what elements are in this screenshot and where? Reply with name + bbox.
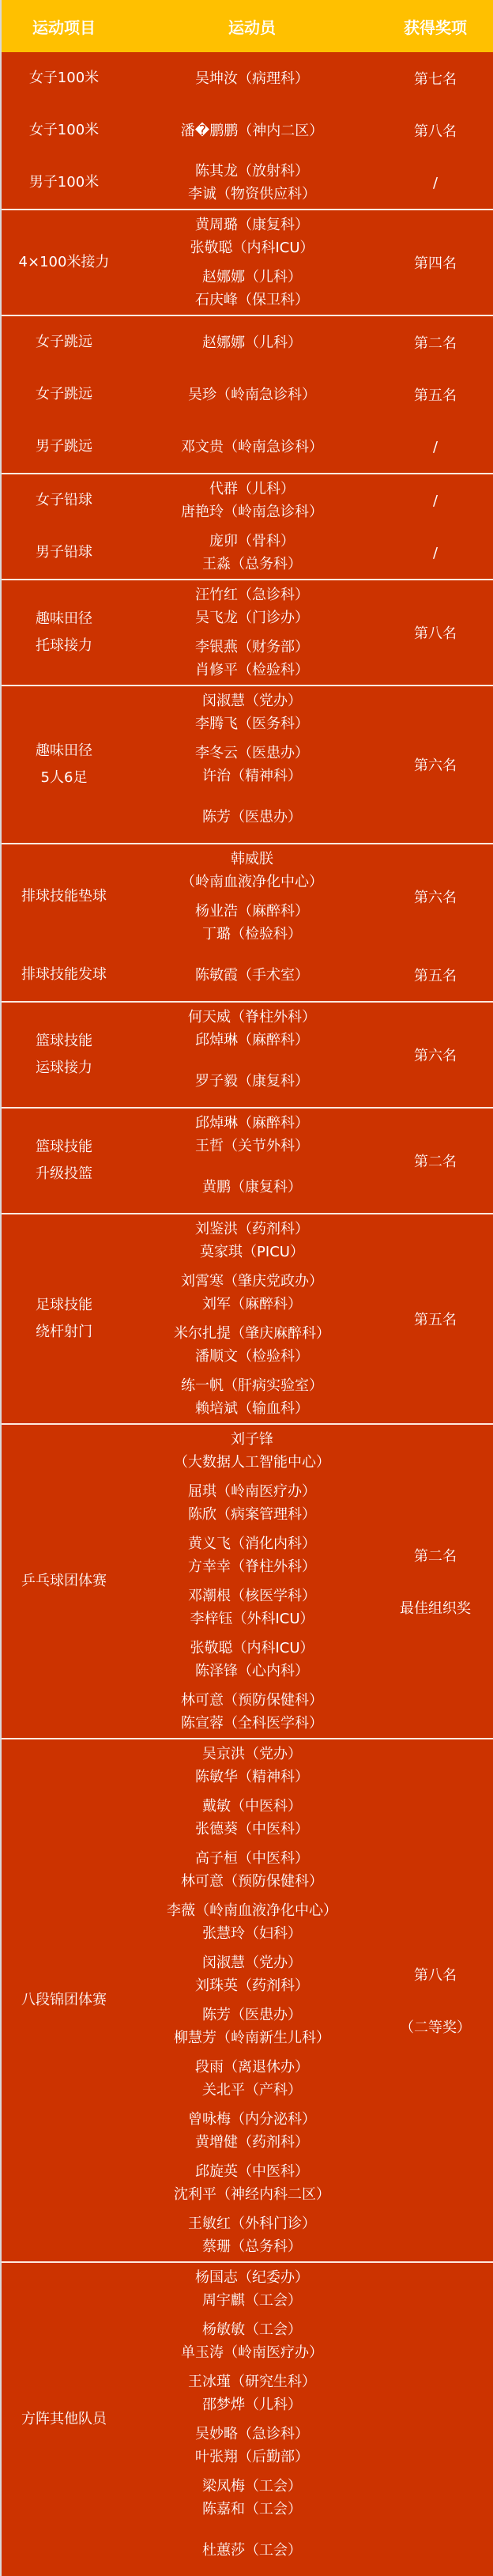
athlete-name: 屈琪（岭南医疗办） — [188, 1480, 316, 1503]
athlete-name: 邱焯琳（麻醉科） — [195, 1112, 309, 1135]
award-column: // — [378, 474, 493, 579]
event-column: 排球技能垫球排球技能发球 — [2, 844, 126, 1001]
event-name: 女子100米 — [2, 104, 126, 157]
athlete-slot: 邱焯琳（麻醉科）王哲（关节外科） — [126, 1109, 378, 1161]
event-column: 八段锦团体赛 — [2, 1739, 126, 2261]
award-cell: 第四名 — [378, 210, 493, 315]
athlete-name: 吴坤汝（病理科） — [195, 67, 309, 90]
table-group: 足球技能绕杆射门刘鉴洪（药剂科）莫家琪（PICU）刘霄寒（肇庆党政办）刘军（麻醉… — [2, 1214, 493, 1425]
award-text: 第六名 — [414, 1044, 457, 1065]
award-cell: 第五名 — [378, 1214, 493, 1423]
event-name-line: 女子跳远 — [36, 329, 92, 356]
award-cell: 第八名（二等奖） — [378, 1739, 493, 2261]
athlete-column: 黄周璐（康复科）张敬聪（内科ICU）赵娜娜（儿科）石庆峰（保卫科） — [126, 210, 378, 315]
athlete-slot: 刘鉴洪（药剂科）莫家琪（PICU） — [126, 1214, 378, 1267]
athlete-column: 吴京洪（党办）陈敏华（精神科）戴敏（中医科）张德葵（中医科）高子桓（中医科）林可… — [126, 1739, 378, 2261]
award-cell: / — [378, 157, 493, 209]
event-name: 方阵其他队员 — [2, 2263, 126, 2576]
athlete-name: （大数据人工智能中心） — [174, 1451, 330, 1474]
event-name: 足球技能绕杆射门 — [2, 1214, 126, 1423]
athlete-name: 陈泽锋（心内科） — [195, 1660, 309, 1683]
athlete-slot: 陈芳（医患办）柳慧芳（岭南新生儿科） — [126, 2000, 378, 2053]
athlete-name: 丁璐（检验科） — [202, 923, 302, 946]
athlete-name: 陈宣蓉（全科医学科） — [181, 1712, 323, 1735]
athlete-slot: 闵淑慧（党办）李腾飞（医务科） — [126, 686, 378, 738]
event-name-line: 女子铅球 — [36, 487, 92, 514]
athlete-slot: 戴敏（中医科）张德葵（中医科） — [126, 1792, 378, 1844]
athlete-name: 刘鉴洪（药剂科） — [195, 1218, 309, 1241]
award-column: 第八名（二等奖） — [378, 1739, 493, 2261]
athlete-slot: 高子桓（中医科）林可意（预防保健科） — [126, 1844, 378, 1896]
athlete-name: 戴敏（中医科） — [202, 1795, 302, 1818]
award-column: 第二名第五名/ — [378, 316, 493, 473]
athlete-name: 李银燕（财务部） — [195, 636, 309, 659]
athlete-name: 柳慧芳（岭南新生儿科） — [174, 2026, 330, 2049]
athlete-name: 高子桓（中医科） — [195, 1847, 309, 1870]
athlete-name: 米尔扎提（肇庆麻醉科） — [174, 1322, 330, 1345]
athlete-name: 刘霄寒（肇庆党政办） — [181, 1270, 323, 1293]
athlete-name: 赵娜娜（儿科） — [202, 331, 302, 354]
athlete-name: 段雨（离退休办） — [195, 2056, 309, 2079]
athlete-column: 韩威朕（岭南血液净化中心）杨业浩（麻醉科）丁璐（检验科）陈敏霞（手术室） — [126, 844, 378, 1001]
award-cell: 第六名 — [378, 844, 493, 949]
athlete-name: 陈敏霞（手术室） — [195, 964, 309, 987]
athlete-slot: 邓文贵（岭南急诊科） — [126, 421, 378, 473]
award-text: / — [433, 439, 438, 455]
athlete-column: 闵淑慧（党办）李腾飞（医务科）李冬云（医患办）许治（精神科）陈芳（医患办） — [126, 686, 378, 843]
athlete-name: 邓文贵（岭南急诊科） — [181, 436, 323, 459]
athlete-name: 闵淑慧（党办） — [202, 1951, 302, 1974]
award-text: 第七名 — [414, 68, 457, 89]
athlete-name: 吴珍（岭南急诊科） — [188, 383, 316, 406]
table-group: 4×100米接力黄周璐（康复科）张敬聪（内科ICU）赵娜娜（儿科）石庆峰（保卫科… — [2, 210, 493, 316]
event-name: 男子100米 — [2, 157, 126, 209]
table-group: 趣味田径5人6足闵淑慧（党办）李腾飞（医务科）李冬云（医患办）许治（精神科）陈芳… — [2, 686, 493, 844]
header-award: 获得奖项 — [378, 15, 493, 38]
athlete-slot: 梁凤梅（工会）陈嘉和（工会） — [126, 2472, 378, 2524]
event-name: 女子跳远 — [2, 368, 126, 421]
athlete-name: 唐艳玲（岭南急诊科） — [181, 500, 323, 523]
athlete-name: 庞卯（骨科） — [209, 530, 295, 553]
athlete-name: 刘珠英（药剂科） — [195, 1974, 309, 1997]
table-group: 篮球技能升级投篮邱焯琳（麻醉科）王哲（关节外科）黄鹏（康复科）第二名 — [2, 1109, 493, 1214]
athlete-slot: 庞卯（骨科）王淼（总务科） — [126, 527, 378, 579]
award-column — [378, 2263, 493, 2576]
event-name-line: 篮球技能 — [36, 1134, 92, 1161]
athlete-name: 吴妙略（急诊科） — [195, 2423, 309, 2446]
athlete-slot: 何天威（脊柱外科）邱焯琳（麻醉科） — [126, 1003, 378, 1055]
header-athlete: 运动员 — [126, 15, 378, 38]
award-column: 第六名 — [378, 686, 493, 843]
award-column: 第六名第五名 — [378, 844, 493, 1001]
athlete-slot: 潘�鹏鹏（神内二区） — [126, 104, 378, 157]
athlete-name: 张德葵（中医科） — [195, 1818, 309, 1841]
event-name-line: 5人6足 — [36, 765, 92, 791]
table-group: 女子铅球男子铅球代群（儿科）唐艳玲（岭南急诊科）庞卯（骨科）王淼（总务科）// — [2, 474, 493, 580]
award-text: 第五名 — [414, 1309, 457, 1329]
athlete-name: 李梓钰（外科ICU） — [190, 1607, 314, 1630]
athlete-name: 罗子毅（康复科） — [195, 1070, 309, 1093]
award-text: 第八名 — [414, 622, 457, 643]
athlete-name: 叶张翔（后勤部） — [195, 2446, 309, 2468]
award-column: 第二名 — [378, 1109, 493, 1213]
event-name: 女子跳远 — [2, 316, 126, 368]
table-group: 方阵其他队员杨国志（纪委办）周宇麒（工会）杨敏敏（工会）单玉涛（岭南医疗办）王冰… — [2, 2263, 493, 2576]
athlete-name: 林可意（预防保健科） — [181, 1689, 323, 1712]
athlete-name: 陈芳（医患办） — [202, 2004, 302, 2026]
award-cell: 第八名 — [378, 104, 493, 157]
award-column: 第六名 — [378, 1003, 493, 1107]
event-name-line: 男子100米 — [29, 169, 99, 196]
event-name-line: 足球技能 — [36, 1292, 92, 1319]
award-text: 第五名 — [414, 384, 457, 405]
athlete-name: 练一帆（肝病实验室） — [181, 1374, 323, 1397]
athlete-slot: 王敏红（外科门诊）蔡珊（总务科） — [126, 2209, 378, 2261]
header-event: 运动项目 — [2, 15, 126, 38]
event-name: 八段锦团体赛 — [2, 1739, 126, 2261]
table-group: 篮球技能运球接力何天威（脊柱外科）邱焯琳（麻醉科）罗子毅（康复科）第六名 — [2, 1003, 493, 1109]
table-header: 运动项目 运动员 获得奖项 — [2, 0, 493, 52]
event-column: 趣味田径5人6足 — [2, 686, 126, 843]
event-column: 女子跳远女子跳远男子跳远 — [2, 316, 126, 473]
table-group: 乒乓球团体赛刘子锋（大数据人工智能中心）屈琪（岭南医疗办）陈欣（病案管理科）黄义… — [2, 1425, 493, 1739]
athlete-slot: 邱旋英（中医科）沈利平（神经内科二区） — [126, 2157, 378, 2209]
athlete-slot: 韩威朕（岭南血液净化中心） — [126, 844, 378, 897]
athlete-name: 张敬聪（内科ICU） — [190, 236, 314, 259]
athlete-name: 杨国志（纪委办） — [195, 2266, 309, 2289]
athlete-name: 林可意（预防保健科） — [181, 1870, 323, 1893]
athlete-name: 张慧玲（妇科） — [202, 1922, 302, 1945]
athlete-column: 吴坤汝（病理科）潘�鹏鹏（神内二区）陈其龙（放射科）李诚（物资供应科） — [126, 52, 378, 209]
award-text: 第八名 — [414, 120, 457, 141]
award-text: 第六名 — [414, 886, 457, 907]
athlete-name: 莫家琪（PICU） — [200, 1241, 304, 1263]
athlete-slot: 陈敏霞（手术室） — [126, 949, 378, 1001]
athlete-slot: 陈其龙（放射科）李诚（物资供应科） — [126, 157, 378, 209]
award-text: 第二名 — [414, 332, 457, 353]
athlete-name: 赖培斌（输血科） — [195, 1397, 309, 1420]
event-column: 足球技能绕杆射门 — [2, 1214, 126, 1423]
table-group: 女子100米女子100米男子100米吴坤汝（病理科）潘�鹏鹏（神内二区）陈其龙（… — [2, 52, 493, 210]
award-text: （二等奖） — [400, 2016, 471, 2037]
athlete-slot: 赵娜娜（儿科） — [126, 316, 378, 368]
athlete-name: 韩威朕 — [231, 848, 273, 871]
athlete-name: 何天威（脊柱外科） — [188, 1006, 316, 1029]
event-name: 篮球技能升级投篮 — [2, 1109, 126, 1213]
event-name-line: 托球接力 — [36, 633, 92, 659]
event-name-line: 趣味田径 — [36, 738, 92, 765]
athlete-name: 王冰瑾（研究生科） — [188, 2370, 316, 2393]
table-group: 趣味田径托球接力汪竹红（急诊科）吴飞龙（门诊办）李银燕（财务部）肖修平（检验科）… — [2, 580, 493, 686]
athlete-name: 吴飞龙（门诊办） — [195, 606, 309, 629]
event-name: 4×100米接力 — [2, 210, 126, 315]
athlete-name: 陈芳（医患办） — [202, 806, 302, 829]
athlete-name: 邱旋英（中医科） — [195, 2160, 309, 2183]
event-name: 排球技能垫球 — [2, 844, 126, 949]
athlete-slot: 邓潮根（核医学科）李梓钰（外科ICU） — [126, 1581, 378, 1634]
athlete-name: 许治（精神科） — [202, 765, 302, 788]
award-text: 第四名 — [414, 252, 457, 273]
athlete-slot: 吴妙略（急诊科）叶张翔（后勤部） — [126, 2419, 378, 2472]
award-column: 第五名 — [378, 1214, 493, 1423]
athlete-slot: 屈琪（岭南医疗办）陈欣（病案管理科） — [126, 1477, 378, 1529]
athlete-column: 代群（儿科）唐艳玲（岭南急诊科）庞卯（骨科）王淼（总务科） — [126, 474, 378, 579]
event-name: 男子铅球 — [2, 527, 126, 579]
event-name-line: 女子100米 — [29, 117, 99, 144]
event-column: 趣味田径托球接力 — [2, 580, 126, 685]
award-cell: 第六名 — [378, 686, 493, 843]
athlete-slot: 吴珍（岭南急诊科） — [126, 368, 378, 421]
award-text: 第五名 — [414, 965, 457, 985]
award-text: 第六名 — [414, 754, 457, 775]
athlete-name: 肖修平（检验科） — [195, 659, 309, 682]
event-column: 篮球技能升级投篮 — [2, 1109, 126, 1213]
athlete-name: 汪竹红（急诊科） — [195, 584, 309, 606]
athlete-name: 杨敏敏（工会） — [202, 2318, 302, 2341]
athlete-name: 黄鹏（康复科） — [202, 1176, 302, 1199]
athlete-slot: 黄周璐（康复科）张敬聪（内科ICU） — [126, 210, 378, 263]
athlete-slot: 罗子毅（康复科） — [126, 1055, 378, 1107]
event-name-line: 排球技能发球 — [21, 961, 107, 988]
athlete-name: 潘顺文（检验科） — [195, 1345, 309, 1368]
athlete-slot: 吴京洪（党办）陈敏华（精神科） — [126, 1739, 378, 1792]
award-text: 最佳组织奖 — [400, 1597, 471, 1618]
athlete-name: 王哲（关节外科） — [195, 1135, 309, 1158]
athlete-name: （岭南血液净化中心） — [181, 871, 323, 893]
event-name-line: 男子跳远 — [36, 433, 92, 460]
event-name-line: 绕杆射门 — [36, 1319, 92, 1346]
award-cell: / — [378, 421, 493, 473]
event-name-line: 八段锦团体赛 — [21, 1987, 107, 2014]
athlete-name: 杨业浩（麻醉科） — [195, 900, 309, 923]
event-column: 乒乓球团体赛 — [2, 1425, 126, 1738]
athlete-name: 李诚（物资供应科） — [188, 183, 316, 206]
athlete-slot: 杨国志（纪委办）周宇麒（工会） — [126, 2263, 378, 2315]
athlete-name: 李薇（岭南血液净化中心） — [167, 1899, 337, 1922]
award-cell: 第二名 — [378, 1109, 493, 1213]
athlete-name: 陈其龙（放射科） — [195, 160, 309, 183]
athlete-name: 闵淑慧（党办） — [202, 689, 302, 712]
award-text: 第二名 — [414, 1150, 457, 1171]
athlete-name: 代群（儿科） — [209, 478, 295, 500]
athlete-column: 杨国志（纪委办）周宇麒（工会）杨敏敏（工会）单玉涛（岭南医疗办）王冰瑾（研究生科… — [126, 2263, 378, 2576]
athlete-name: 张敬聪（内科ICU） — [190, 1637, 314, 1660]
award-cell: / — [378, 474, 493, 527]
award-column: 第七名第八名/ — [378, 52, 493, 209]
table-body: 女子100米女子100米男子100米吴坤汝（病理科）潘�鹏鹏（神内二区）陈其龙（… — [2, 52, 493, 2576]
athlete-name: 陈敏华（精神科） — [195, 1766, 309, 1788]
athlete-name: 黄增健（药剂科） — [195, 2131, 309, 2154]
athlete-slot: 刘霄寒（肇庆党政办）刘军（麻醉科） — [126, 1267, 378, 1319]
athlete-name: 王敏红（外科门诊） — [188, 2212, 316, 2235]
athlete-column: 邱焯琳（麻醉科）王哲（关节外科）黄鹏（康复科） — [126, 1109, 378, 1213]
athlete-slot: 李冬云（医患办）许治（精神科） — [126, 738, 378, 791]
athlete-slot: 黄义飞（消化内科）方幸幸（脊柱外科） — [126, 1529, 378, 1581]
athlete-slot: 练一帆（肝病实验室）赖培斌（输血科） — [126, 1371, 378, 1423]
athlete-name: 关北平（产科） — [202, 2079, 302, 2102]
award-cell: 第二名最佳组织奖 — [378, 1425, 493, 1738]
award-text: / — [433, 493, 438, 509]
athlete-name: 方幸幸（脊柱外科） — [188, 1555, 316, 1578]
award-cell: 第五名 — [378, 949, 493, 1001]
athlete-slot: 吴坤汝（病理科） — [126, 52, 378, 104]
event-column: 4×100米接力 — [2, 210, 126, 315]
athlete-slot: 李银燕（财务部）肖修平（检验科） — [126, 633, 378, 685]
event-column: 女子100米女子100米男子100米 — [2, 52, 126, 209]
athlete-name: 蔡珊（总务科） — [202, 2235, 302, 2258]
award-cell: 第八名 — [378, 580, 493, 685]
award-cell: 第六名 — [378, 1003, 493, 1107]
athlete-name: 陈欣（病案管理科） — [188, 1503, 316, 1526]
event-name: 女子100米 — [2, 52, 126, 104]
athlete-slot: 刘子锋（大数据人工智能中心） — [126, 1425, 378, 1477]
athlete-name: 赵娜娜（儿科） — [202, 266, 302, 289]
award-text: / — [433, 175, 438, 191]
athlete-slot: 黄鹏（康复科） — [126, 1161, 378, 1213]
athlete-slot: 代群（儿科）唐艳玲（岭南急诊科） — [126, 474, 378, 527]
event-name-line: 女子跳远 — [36, 381, 92, 408]
event-name: 乒乓球团体赛 — [2, 1425, 126, 1738]
award-column: 第二名最佳组织奖 — [378, 1425, 493, 1738]
athlete-column: 汪竹红（急诊科）吴飞龙（门诊办）李银燕（财务部）肖修平（检验科） — [126, 580, 378, 685]
event-name-line: 女子100米 — [29, 65, 99, 92]
award-cell: 第七名 — [378, 52, 493, 104]
athlete-slot: 杨敏敏（工会）单玉涛（岭南医疗办） — [126, 2315, 378, 2367]
athlete-name: 潘�鹏鹏（神内二区） — [181, 119, 323, 142]
athlete-name: 邓潮根（核医学科） — [188, 1585, 316, 1607]
award-text: / — [433, 545, 438, 561]
event-name: 篮球技能运球接力 — [2, 1003, 126, 1107]
award-column: 第八名 — [378, 580, 493, 685]
athlete-name: 刘子锋 — [231, 1428, 273, 1451]
athlete-slot: 张敬聪（内科ICU）陈泽锋（心内科） — [126, 1634, 378, 1686]
athlete-name: 李冬云（医患办） — [195, 742, 309, 765]
athlete-slot: 王冰瑾（研究生科）邵梦烨（儿科） — [126, 2367, 378, 2419]
event-name: 女子铅球 — [2, 474, 126, 527]
athlete-name: 刘军（麻醉科） — [202, 1293, 302, 1316]
award-cell: / — [378, 527, 493, 579]
event-name-line: 篮球技能 — [36, 1028, 92, 1055]
athlete-slot: 陈芳（医患办） — [126, 791, 378, 843]
awards-table: 运动项目 运动员 获得奖项 女子100米女子100米男子100米吴坤汝（病理科）… — [0, 0, 493, 2576]
athlete-slot: 李薇（岭南血液净化中心）张慧玲（妇科） — [126, 1896, 378, 1948]
athlete-name: 黄义飞（消化内科） — [188, 1532, 316, 1555]
athlete-name: 王淼（总务科） — [202, 553, 302, 576]
athlete-slot: 杜蕙莎（工会） — [126, 2524, 378, 2576]
event-name-line: 4×100米接力 — [19, 249, 110, 276]
event-name-line: 运球接力 — [36, 1055, 92, 1082]
award-text: 第二名 — [414, 1545, 457, 1566]
athlete-name: 黄周璐（康复科） — [195, 213, 309, 236]
award-cell: 第二名 — [378, 316, 493, 368]
athlete-name: 杜蕙莎（工会） — [202, 2539, 302, 2562]
athlete-name: 邵梦烨（儿科） — [202, 2393, 302, 2416]
athlete-slot: 米尔扎提（肇庆麻醉科）潘顺文（检验科） — [126, 1319, 378, 1371]
athlete-name: 吴京洪（党办） — [202, 1743, 302, 1766]
award-cell: 第五名 — [378, 368, 493, 421]
athlete-column: 刘子锋（大数据人工智能中心）屈琪（岭南医疗办）陈欣（病案管理科）黄义飞（消化内科… — [126, 1425, 378, 1738]
athlete-name: 曾咏梅（内分泌科） — [188, 2108, 316, 2131]
athlete-slot: 闵淑慧（党办）刘珠英（药剂科） — [126, 1948, 378, 2000]
event-name-line: 方阵其他队员 — [21, 2406, 107, 2433]
event-name: 男子跳远 — [2, 421, 126, 473]
event-column: 方阵其他队员 — [2, 2263, 126, 2576]
event-column: 篮球技能运球接力 — [2, 1003, 126, 1107]
award-text: 第八名 — [414, 1964, 457, 1985]
athlete-name: 邱焯琳（麻醉科） — [195, 1029, 309, 1052]
event-name-line: 乒乓球团体赛 — [21, 1568, 107, 1595]
athlete-slot: 段雨（离退休办）关北平（产科） — [126, 2053, 378, 2105]
event-name: 排球技能发球 — [2, 949, 126, 1001]
award-column: 第四名 — [378, 210, 493, 315]
event-name-line: 趣味田径 — [36, 606, 92, 633]
event-name: 趣味田径5人6足 — [2, 686, 126, 843]
athlete-slot: 赵娜娜（儿科）石庆峰（保卫科） — [126, 263, 378, 315]
event-column: 女子铅球男子铅球 — [2, 474, 126, 579]
athlete-name: 周宇麒（工会） — [202, 2289, 302, 2312]
athlete-column: 赵娜娜（儿科）吴珍（岭南急诊科）邓文贵（岭南急诊科） — [126, 316, 378, 473]
event-name-line: 升级投篮 — [36, 1161, 92, 1188]
athlete-name: 单玉涛（岭南医疗办） — [181, 2341, 323, 2364]
event-name-line: 男子铅球 — [36, 539, 92, 566]
athlete-slot: 林可意（预防保健科）陈宣蓉（全科医学科） — [126, 1686, 378, 1738]
athlete-column: 刘鉴洪（药剂科）莫家琪（PICU）刘霄寒（肇庆党政办）刘军（麻醉科）米尔扎提（肇… — [126, 1214, 378, 1423]
athlete-column: 何天威（脊柱外科）邱焯琳（麻醉科）罗子毅（康复科） — [126, 1003, 378, 1107]
table-group: 八段锦团体赛吴京洪（党办）陈敏华（精神科）戴敏（中医科）张德葵（中医科）高子桓（… — [2, 1739, 493, 2263]
event-name: 趣味田径托球接力 — [2, 580, 126, 685]
athlete-slot: 杨业浩（麻醉科）丁璐（检验科） — [126, 897, 378, 949]
athlete-slot: 曾咏梅（内分泌科）黄增健（药剂科） — [126, 2105, 378, 2157]
athlete-name: 石庆峰（保卫科） — [195, 289, 309, 312]
athlete-name: 梁凤梅（工会） — [202, 2475, 302, 2498]
award-cell — [378, 2263, 493, 2576]
athlete-name: 陈嘉和（工会） — [202, 2498, 302, 2521]
table-group: 女子跳远女子跳远男子跳远赵娜娜（儿科）吴珍（岭南急诊科）邓文贵（岭南急诊科）第二… — [2, 316, 493, 474]
athlete-name: 李腾飞（医务科） — [195, 712, 309, 735]
event-name-line: 排球技能垫球 — [21, 883, 107, 910]
table-group: 排球技能垫球排球技能发球韩威朕（岭南血液净化中心）杨业浩（麻醉科）丁璐（检验科）… — [2, 844, 493, 1003]
athlete-slot: 汪竹红（急诊科）吴飞龙（门诊办） — [126, 580, 378, 633]
athlete-name: 沈利平（神经内科二区） — [174, 2183, 330, 2206]
